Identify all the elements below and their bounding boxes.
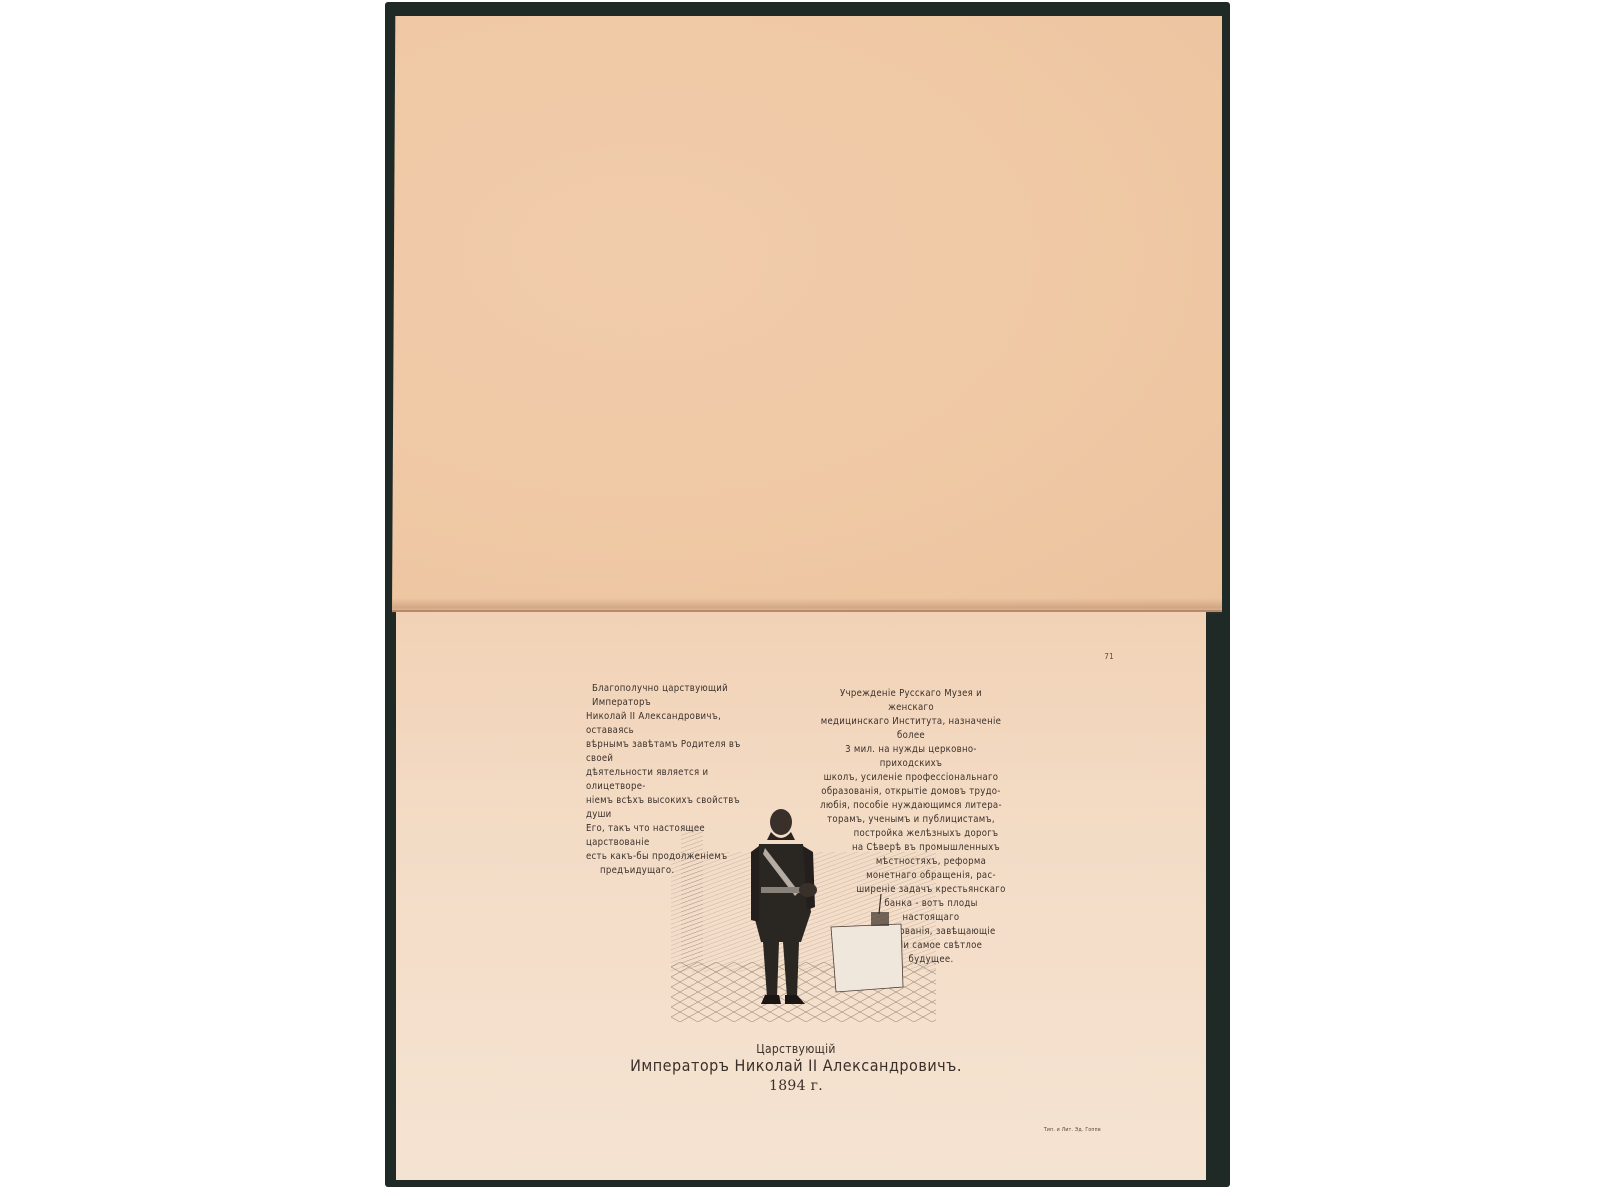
blank-top-page	[392, 16, 1222, 612]
text-line: Николай II Александровичъ, оставаясь	[586, 710, 766, 738]
printer-credit: Тип. и Лит. Эд. Гоппе	[1044, 1127, 1101, 1133]
text-line: дѣятельности является и олицетворе-	[586, 766, 766, 794]
caption-title: Царствующій	[616, 1042, 976, 1056]
text-line: медицинскаго Института, назначеніе более	[816, 715, 1006, 743]
text-line: школъ, усиленіе профессіональнаго	[816, 771, 1006, 785]
caption-name: Императоръ Николай II Александровичъ.	[616, 1056, 976, 1075]
text-line: Благополучно царствующий Императоръ	[586, 682, 766, 710]
portrait-caption: Царствующій Императоръ Николай II Алекса…	[616, 1042, 976, 1097]
page-number: 71	[1104, 652, 1114, 661]
illustrated-bottom-page: 71 Благополучно царствующий Императоръ Н…	[396, 612, 1206, 1180]
text-line: Учрежденіе Русскаго Музея и женскаго	[816, 687, 1006, 715]
caption-year: 1894 г.	[616, 1075, 976, 1097]
emperor-portrait-engraving	[671, 792, 936, 1022]
text-line: вѣрнымъ завѣтамъ Родителя въ своей	[586, 738, 766, 766]
text-line: 3 мил. на нужды церковно-приходскихъ	[816, 743, 1006, 771]
